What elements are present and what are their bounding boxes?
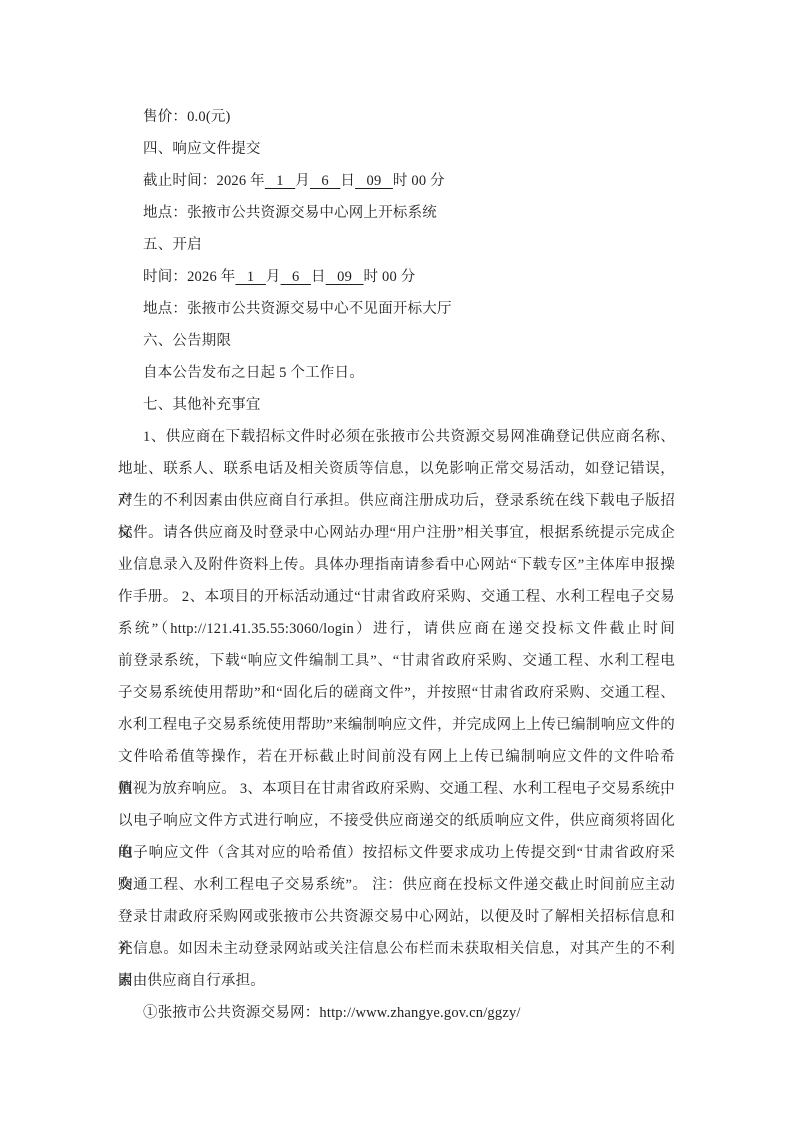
text-segment: 业信息录入及附件资料上传。具体办理指南请参看中心网站“下载专区”主体库申报操 xyxy=(118,557,675,573)
text-segment: 系统”（http://121.41.35.55:3060/login）进行，请供… xyxy=(118,621,675,637)
text-segment: 日 xyxy=(340,173,355,189)
text-segment: 七、其他补充事宜 xyxy=(143,397,261,413)
text-segment: 子交易系统使用帮助”和“固化后的磋商文件”，并按照“甘肃省政府采购、交通工程、 xyxy=(118,685,675,701)
document-line: 子交易系统使用帮助”和“固化后的磋商文件”，并按照“甘肃省政府采购、交通工程、 xyxy=(118,677,675,709)
document-body: 售价：0.0(元)四、响应文件提交截止时间：2026 年 1 月 6 日 09 … xyxy=(118,101,675,1029)
document-line: 素由供应商自行承担。 xyxy=(118,965,675,997)
document-line: 六、公告期限 xyxy=(118,325,675,357)
underlined-blank-value: 09 xyxy=(355,173,393,189)
document-line: 作手册。 2、本项目的开标活动通过“甘肃省政府采购、交通工程、水利工程电子交易 xyxy=(118,581,675,613)
document-line: 地点：张掖市公共资源交易中心不见面开标大厅 xyxy=(118,293,675,325)
document-line: 文件哈希值等操作，若在开标截止时间前没有网上上传已编制响应文件的文件哈希值， xyxy=(118,741,675,773)
underlined-blank-value: 1 xyxy=(265,173,295,189)
text-segment: 前登录系统，下载“响应文件编制工具”、“甘肃省政府采购、交通工程、水利工程电 xyxy=(118,653,675,669)
text-segment: ①张掖市公共资源交易网：http://www.zhangye.gov.cn/gg… xyxy=(143,1005,521,1021)
text-segment: 售价：0.0(元) xyxy=(143,109,231,125)
document-line: 电子响应文件（含其对应的哈希值）按招标文件要求成功上传提交到“甘肃省政府采购、 xyxy=(118,837,675,869)
document-line: 五、开启 xyxy=(118,229,675,261)
document-line: 前登录系统，下载“响应文件编制工具”、“甘肃省政府采购、交通工程、水利工程电 xyxy=(118,645,675,677)
document-line: ①张掖市公共资源交易网：http://www.zhangye.gov.cn/gg… xyxy=(118,997,675,1029)
text-segment: 时 00 分 xyxy=(364,269,416,285)
text-segment: 五、开启 xyxy=(143,237,202,253)
text-segment: 文件。请各供应商及时登录中心网站办理“用户注册”相关事宜，根据系统提示完成企 xyxy=(118,525,675,541)
document-line: 系统”（http://121.41.35.55:3060/login）进行，请供… xyxy=(118,613,675,645)
document-line: 文件。请各供应商及时登录中心网站办理“用户注册”相关事宜，根据系统提示完成企 xyxy=(118,517,675,549)
document-line: 1、供应商在下载招标文件时必须在张掖市公共资源交易网准确登记供应商名称、 xyxy=(118,421,675,453)
text-segment: 月 xyxy=(295,173,310,189)
document-line: 充信息。如因未主动登录网站或关注信息公布栏而未获取相关信息，对其产生的不利因 xyxy=(118,933,675,965)
text-segment: 作手册。 2、本项目的开标活动通过“甘肃省政府采购、交通工程、水利工程电子交易 xyxy=(118,589,675,605)
text-segment: 截止时间：2026 年 xyxy=(143,173,265,189)
text-segment: 则视为放弃响应。 3、本项目在甘肃省政府采购、交通工程、水利工程电子交易系统中 xyxy=(118,781,675,797)
underlined-blank-value: 6 xyxy=(281,269,311,285)
underlined-blank-value: 1 xyxy=(235,269,265,285)
document-page: 售价：0.0(元)四、响应文件提交截止时间：2026 年 1 月 6 日 09 … xyxy=(0,0,793,1122)
text-segment: 1、供应商在下载招标文件时必须在张掖市公共资源交易网准确登记供应商名称、 xyxy=(143,429,675,445)
document-line: 截止时间：2026 年 1 月 6 日 09 时 00 分 xyxy=(118,165,675,197)
document-line: 业信息录入及附件资料上传。具体办理指南请参看中心网站“下载专区”主体库申报操 xyxy=(118,549,675,581)
text-segment: 日 xyxy=(311,269,326,285)
document-line: 则视为放弃响应。 3、本项目在甘肃省政府采购、交通工程、水利工程电子交易系统中 xyxy=(118,773,675,805)
text-segment: 地点：张掖市公共资源交易中心不见面开标大厅 xyxy=(143,301,452,317)
text-segment: 六、公告期限 xyxy=(143,333,231,349)
text-segment: 时 00 分 xyxy=(393,173,445,189)
document-line: 地址、联系人、联系电话及相关资质等信息，以免影响正常交易活动，如登记错误，对 xyxy=(118,453,675,485)
document-line: 七、其他补充事宜 xyxy=(118,389,675,421)
document-line: 以电子响应文件方式进行响应，不接受供应商递交的纸质响应文件，供应商须将固化的 xyxy=(118,805,675,837)
text-segment: 时间：2026 年 xyxy=(143,269,235,285)
document-line: 四、响应文件提交 xyxy=(118,133,675,165)
document-line: 时间：2026 年 1 月 6 日 09 时 00 分 xyxy=(118,261,675,293)
document-line: 自本公告发布之日起 5 个工作日。 xyxy=(118,357,675,389)
text-segment: 地点：张掖市公共资源交易中心网上开标系统 xyxy=(143,205,437,221)
underlined-blank-value: 09 xyxy=(326,269,364,285)
text-segment: 交通工程、水利工程电子交易系统”。 注：供应商在投标文件递交截止时间前应主动 xyxy=(118,877,675,893)
text-segment: 水利工程电子交易系统使用帮助”来编制响应文件，并完成网上上传已编制响应文件的 xyxy=(118,717,675,733)
text-segment: 四、响应文件提交 xyxy=(143,141,261,157)
document-line: 登录甘肃政府采购网或张掖市公共资源交易中心网站，以便及时了解相关招标信息和补 xyxy=(118,901,675,933)
text-segment: 自本公告发布之日起 5 个工作日。 xyxy=(143,365,364,381)
document-line: 水利工程电子交易系统使用帮助”来编制响应文件，并完成网上上传已编制响应文件的 xyxy=(118,709,675,741)
document-line: 地点：张掖市公共资源交易中心网上开标系统 xyxy=(118,197,675,229)
document-line: 售价：0.0(元) xyxy=(118,101,675,133)
underlined-blank-value: 6 xyxy=(310,173,340,189)
document-line: 产生的不利因素由供应商自行承担。供应商注册成功后，登录系统在线下载电子版招标 xyxy=(118,485,675,517)
document-line: 交通工程、水利工程电子交易系统”。 注：供应商在投标文件递交截止时间前应主动 xyxy=(118,869,675,901)
text-segment: 月 xyxy=(266,269,281,285)
text-segment: 素由供应商自行承担。 xyxy=(118,973,265,989)
